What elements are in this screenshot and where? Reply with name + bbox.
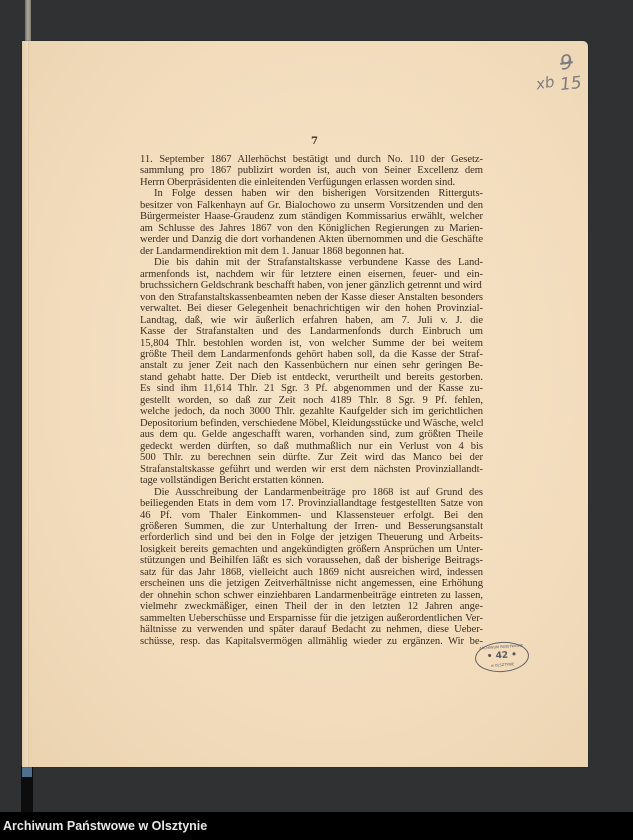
stamp-bottom-text: w OLSZTYNIE	[484, 662, 520, 669]
text-line: gestellt worden, so daß zur Zeit noch 41…	[140, 395, 483, 406]
pencil-annotations: 9 xb 15	[530, 50, 590, 100]
text-line: Kasse der Strafanstalten und des Landarm…	[140, 326, 483, 337]
text-line: der ohnehin schon schwer einziehbaren La…	[140, 590, 483, 601]
text-line: hältnisse zu verwenden und später darauf…	[140, 624, 483, 635]
text-line: bruchssichern Geldschrank beschafft habe…	[140, 280, 483, 291]
page-number: 7	[311, 136, 318, 147]
text-line: stand gehabt hatte. Der Dieb ist entdeck…	[140, 372, 483, 383]
folio-number: 15	[559, 73, 583, 95]
text-line: beiliegenden Etats in dem vom 17. Provin…	[140, 498, 483, 509]
body-text: 11. September 1867 Allerhöchst bestätigt…	[140, 154, 483, 647]
footer-bar: Archiwum Państwowe w Olsztynie	[0, 812, 633, 840]
text-line: Bürgermeister Haase-Graudenz zum ständig…	[140, 211, 483, 222]
text-line: aus dem qu. Gelde angeschafft waren, vor…	[140, 429, 483, 440]
text-line: In Folge dessen haben wir den bisherigen…	[140, 188, 483, 199]
text-line: Die Ausschreibung der Landarmenbeiträge …	[140, 487, 483, 498]
page-fold	[22, 41, 29, 767]
text-line: verwaltet. Bei dieser Gelegenheit benach…	[140, 303, 483, 314]
text-line: von den Strafanstaltskassenbeamten neben…	[140, 292, 483, 303]
text-line: losigkeit bereits gemachten und angekünd…	[140, 544, 483, 555]
text-line: gedeckt werden dürften, so daß muthmaßli…	[140, 441, 483, 452]
text-line: erforderlich sind und bei den in Folge d…	[140, 532, 483, 543]
text-line: Herrn Oberpräsidenten die einleitenden V…	[140, 177, 483, 188]
archive-label: Archiwum Państwowe w Olsztynie	[3, 819, 207, 833]
text-line: satz für das Jahr 1868, vielleicht auch …	[140, 567, 483, 578]
text-line: der Landarmendirektion mit dem 1. Januar…	[140, 246, 483, 257]
binding-tab-blue	[22, 766, 32, 777]
text-line: Strafanstaltskasse geführt und werden wi…	[140, 464, 483, 475]
binding-tab	[21, 766, 33, 812]
text-line: größeren Summen, die zur Unterhaltung de…	[140, 521, 483, 532]
text-line: 15,804 Thlr. bestohlen worden ist, von w…	[140, 338, 483, 349]
text-line: werder und Danzig die dort vorhandenen A…	[140, 234, 483, 245]
text-line: sammlung pro 1867 publizirt worden ist, …	[140, 165, 483, 176]
text-line: größte Theil dem Landarmenfonds gehört h…	[140, 349, 483, 360]
text-line: besitzer von Falkenhayn auf Gr. Bialocho…	[140, 200, 483, 211]
text-line: 500 Thlr. zu berechnen sein dürfte. Zur …	[140, 452, 483, 463]
text-line: Es sind ihm 11,614 Thlr. 21 Sgr. 3 Pf. a…	[140, 383, 483, 394]
text-line: Depositorium befinden, verschiedene Möbe…	[140, 418, 483, 429]
text-line: anstalt zu jener Zeit nach den Kassenbüc…	[140, 360, 483, 371]
binding-thread	[25, 0, 31, 44]
text-line: armenfonds ist, nachdem wir für letztere…	[140, 269, 483, 280]
text-line: am Schlusse des Jahres 1867 von den Köni…	[140, 223, 483, 234]
text-line: 11. September 1867 Allerhöchst bestätigt…	[140, 154, 483, 165]
text-line: vielmehr zweckmäßiger, einen Theil der i…	[140, 601, 483, 612]
text-line: 46 Pf. vom Thaler Einkommen- und Klassen…	[140, 510, 483, 521]
pencil-mark: xb	[535, 73, 556, 94]
text-line: Die bis dahin mit der Strafanstaltskasse…	[140, 257, 483, 268]
text-line: schüsse, resp. das Kapitalsvermögen allm…	[140, 636, 483, 647]
text-line: tage vollständigen Bericht erstatten kön…	[140, 475, 483, 486]
text-line: welche jedoch, da noch 3000 Thlr. gezahl…	[140, 406, 483, 417]
text-line: erscheinen uns die jetzigen Zeitverhältn…	[140, 578, 483, 589]
text-line: stützungen und Beihilfen läßt es sich vo…	[140, 555, 483, 566]
text-line: Landtag, daß, wie wir äußerlich erfahren…	[140, 315, 483, 326]
struck-folio-number: 9	[558, 49, 574, 75]
text-line: sammelten Ueberschüsse und Ersparnisse f…	[140, 613, 483, 624]
